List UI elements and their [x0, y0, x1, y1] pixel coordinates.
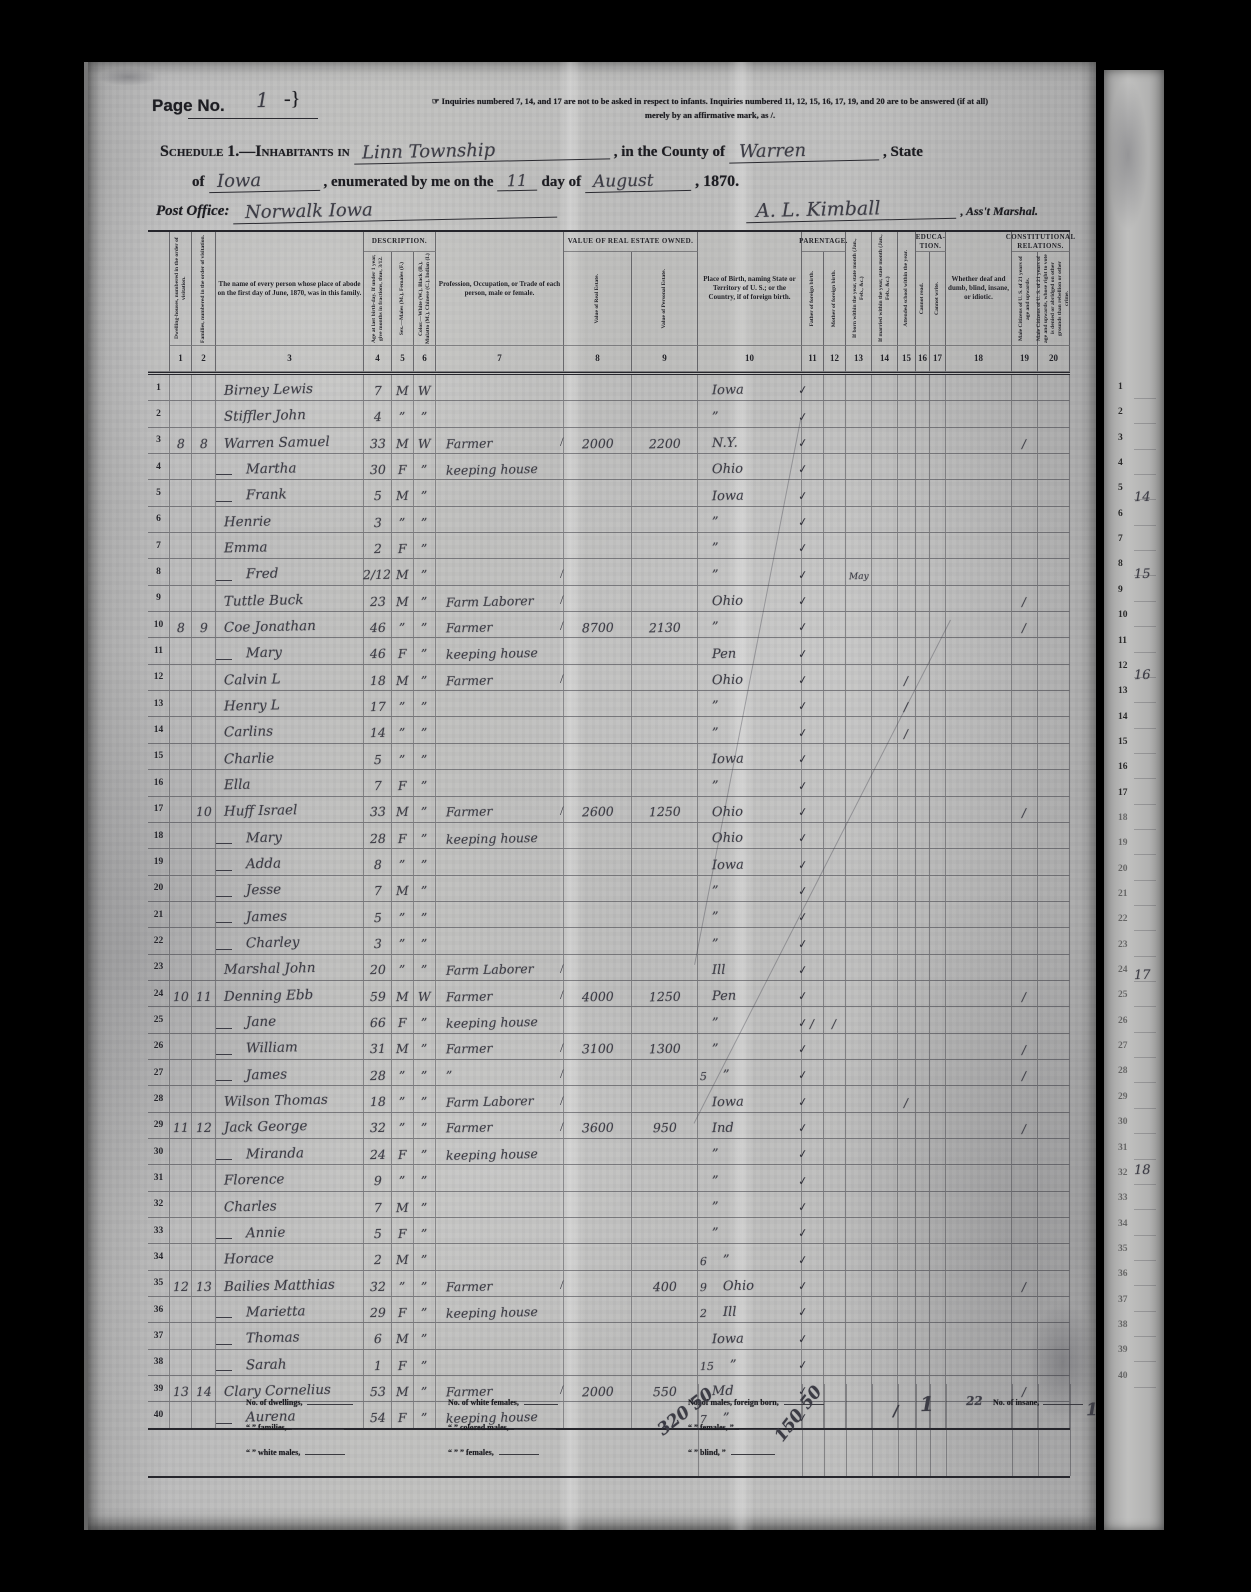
cell-real-estate	[564, 1323, 632, 1348]
cell-col15	[898, 612, 916, 637]
cell-birthplace: ”✓	[698, 401, 802, 426]
cell-family-number	[192, 1350, 216, 1375]
cell-col14	[872, 1350, 898, 1375]
cell-birthplace: Pen✓	[698, 638, 802, 663]
cell-name: Fred	[216, 559, 364, 584]
cell-col20	[1038, 665, 1070, 690]
strip-line-number: 29	[1118, 1092, 1128, 1102]
person-name: Jane	[238, 1016, 278, 1033]
cell-col16	[916, 1297, 930, 1322]
margin-number: 2	[698, 1308, 709, 1322]
cell-age: 23	[364, 586, 392, 611]
cell-col15	[898, 375, 916, 400]
color-value: ”	[419, 938, 430, 954]
cell-col20	[1038, 454, 1070, 479]
cell-name: Frank	[216, 480, 364, 505]
value-tick-mark: /	[560, 566, 564, 582]
cell-real-estate: /2600	[564, 797, 632, 822]
cell-age: 2/12	[364, 559, 392, 584]
cell-personal-estate: 1250	[632, 797, 698, 822]
cell-col18	[946, 1139, 1012, 1164]
table-row: 19Adda8””Iowa✓	[148, 849, 1070, 875]
cell-col19: /	[1012, 612, 1038, 637]
cell-birthplace: Iowa✓	[698, 1086, 802, 1111]
cell-col17	[930, 797, 946, 822]
cell-occupation: Farmer	[436, 981, 564, 1006]
family-number-value: 11	[193, 991, 213, 1007]
cell-col15	[898, 770, 916, 795]
cell-birthplace: ”✓	[698, 1139, 802, 1164]
cell-real-estate: /2000	[564, 428, 632, 453]
age-value: 20	[367, 964, 387, 980]
footer-blank-line	[731, 1446, 775, 1455]
cell-real-estate	[564, 1244, 632, 1269]
cell-name: Marshal John	[216, 955, 364, 980]
column-header-18: Whether deaf and dumb, blind, insane, or…	[946, 232, 1012, 346]
cell-col20	[1038, 375, 1070, 400]
person-name: Huff Israel	[216, 804, 300, 822]
cell-sex: F	[392, 533, 414, 558]
footer-label-text: “ ” white males,	[246, 1448, 300, 1457]
strip-rule	[1134, 1133, 1156, 1134]
cell-real-estate	[564, 1218, 632, 1243]
cell-name: Horace	[216, 1244, 364, 1269]
cell-color: ”	[414, 717, 436, 742]
cell-age: 29	[364, 1297, 392, 1322]
cell-occupation	[436, 1323, 564, 1348]
page-no-brace: -}	[284, 88, 300, 111]
cell-col19	[1012, 1244, 1038, 1269]
age-value: 2	[371, 543, 383, 559]
cell-real-estate	[564, 717, 632, 742]
real-estate-value: 2000	[579, 437, 615, 453]
cell-col14	[872, 665, 898, 690]
sex-value: ”	[397, 701, 408, 717]
strip-rule	[1134, 930, 1156, 931]
cell-col16	[916, 533, 930, 558]
cell-age: 18	[364, 1086, 392, 1111]
cell-color: ”	[414, 401, 436, 426]
sex-value: ”	[397, 1122, 408, 1138]
cell-personal-estate	[632, 533, 698, 558]
cell-col14	[872, 1113, 898, 1138]
cell-col12	[824, 428, 846, 453]
strip-line-number: 26	[1118, 1016, 1128, 1026]
birthplace-value: N.Y.	[698, 437, 740, 454]
cell-col14	[872, 507, 898, 532]
cell-personal-estate: 1250	[632, 981, 698, 1006]
sex-value: M	[394, 674, 411, 690]
sex-value: M	[394, 1333, 411, 1349]
row-line-number: 37	[148, 1323, 170, 1348]
dwelling-number-value: 10	[170, 991, 190, 1007]
cell-col18	[946, 428, 1012, 453]
cell-personal-estate	[632, 1192, 698, 1217]
margin-number: 5	[698, 1071, 709, 1085]
strip-rule	[1134, 1006, 1156, 1007]
cell-age: 59	[364, 981, 392, 1006]
footer-column-rule	[872, 1384, 873, 1476]
column-header-3: The name of every person whose place of …	[216, 232, 364, 346]
color-value: ”	[419, 464, 430, 480]
strip-line-number: 19	[1118, 838, 1128, 848]
cell-birthplace: 9Ohio✓	[698, 1271, 802, 1296]
cell-col12	[824, 1192, 846, 1217]
cell-dwelling-number	[170, 586, 192, 611]
cell-col19: /	[1012, 797, 1038, 822]
strip-rule	[1134, 626, 1156, 627]
cell-col17	[930, 401, 946, 426]
color-value: ”	[419, 727, 430, 743]
birthplace-value: ”	[698, 937, 721, 953]
cell-family-number: 9	[192, 612, 216, 637]
cell-sex: M	[392, 797, 414, 822]
cell-col12	[824, 717, 846, 742]
strip-rule	[1134, 1057, 1156, 1058]
strip-line-number: 16	[1118, 762, 1128, 772]
sex-value: ”	[397, 1175, 408, 1191]
cell-col19	[1012, 533, 1038, 558]
cell-col14	[872, 1218, 898, 1243]
table-row: 5Frank5M”Iowa✓	[148, 480, 1070, 506]
cell-color: ”	[414, 586, 436, 611]
cell-col20	[1038, 559, 1070, 584]
cell-col15	[898, 1034, 916, 1059]
cell-sex: ”	[392, 1165, 414, 1190]
cell-dwelling-number	[170, 375, 192, 400]
cell-personal-estate	[632, 1060, 698, 1085]
column-number-17: 17	[930, 346, 946, 372]
footer-label-text: No. of white females,	[448, 1398, 519, 1407]
cell-occupation	[436, 533, 564, 558]
color-value: ”	[419, 1175, 430, 1191]
cell-occupation	[436, 559, 564, 584]
cell-family-number	[192, 1007, 216, 1032]
cell-sex: ”	[392, 717, 414, 742]
person-name: Miranda	[238, 1147, 306, 1165]
tally-check-mark: ✓	[797, 831, 809, 847]
value-tick-mark: /	[560, 592, 564, 608]
cell-real-estate: /4000	[564, 981, 632, 1006]
cell-personal-estate	[632, 1297, 698, 1322]
column-number-4: 4	[364, 346, 392, 372]
color-value: ”	[419, 622, 430, 638]
page-no-underline	[188, 118, 318, 119]
cell-age: 5	[364, 480, 392, 505]
cell-col20	[1038, 1192, 1070, 1217]
row-line-number: 8	[148, 559, 170, 584]
cell-sex: F	[392, 1007, 414, 1032]
table-row: 1Birney Lewis7MWIowa✓	[148, 375, 1070, 401]
cell-col16	[916, 428, 930, 453]
column-header-11: Father of foreign birth.	[802, 252, 824, 346]
age-value: 18	[367, 674, 387, 690]
row-line-number: 25	[148, 1007, 170, 1032]
cell-col18	[946, 586, 1012, 611]
tally-check-mark: ✓	[797, 1094, 809, 1110]
cell-birthplace: ”✓	[698, 1218, 802, 1243]
cell-color: ”	[414, 612, 436, 637]
strip-line-number: 40	[1118, 1371, 1128, 1381]
cell-name: Denning Ebb	[216, 981, 364, 1006]
cell-col20	[1038, 1218, 1070, 1243]
cell-col16	[916, 1086, 930, 1111]
sex-value: M	[394, 1201, 411, 1217]
cell-col19	[1012, 665, 1038, 690]
strip-rule	[1134, 398, 1156, 399]
margin-number: 9	[698, 1282, 709, 1296]
cell-age: 2	[364, 533, 392, 558]
cell-name: Henrie	[216, 507, 364, 532]
table-row: 31Florence9”””✓	[148, 1165, 1070, 1191]
cell-col12	[824, 1271, 846, 1296]
cell-name: Stiffler John	[216, 401, 364, 426]
cell-birthplace: Ohio✓	[698, 823, 802, 848]
strip-line-number: 23	[1118, 940, 1128, 950]
cell-col19	[1012, 744, 1038, 769]
cell-color: ”	[414, 1297, 436, 1322]
mark-col11: /	[808, 1018, 816, 1033]
cell-col17	[930, 1271, 946, 1296]
cell-sex: ”	[392, 691, 414, 716]
cell-age: 6	[364, 1323, 392, 1348]
cell-col18	[946, 902, 1012, 927]
color-value: ”	[419, 1228, 430, 1244]
strip-rule	[1134, 702, 1156, 703]
cell-dwelling-number	[170, 480, 192, 505]
dwelling-number-value: 11	[170, 1122, 190, 1138]
cell-col13	[846, 480, 872, 505]
tally-check-mark: ✓	[797, 593, 809, 609]
sex-value: ”	[397, 964, 408, 980]
person-name: Birney Lewis	[216, 383, 315, 402]
age-value: 46	[367, 622, 387, 638]
sex-value: ”	[397, 411, 408, 427]
column-number-8: 8	[564, 346, 632, 372]
cell-color: ”	[414, 1244, 436, 1269]
table-header: DESCRIPTION.VALUE OF REAL ESTATE OWNED.P…	[148, 230, 1070, 375]
cell-col13	[846, 586, 872, 611]
occupation-value: Farmer	[436, 437, 495, 454]
cell-col16	[916, 454, 930, 479]
cell-col15	[898, 1060, 916, 1085]
strip-handwritten-number: 15	[1134, 567, 1151, 582]
cell-col20	[1038, 1297, 1070, 1322]
cell-name: Florence	[216, 1165, 364, 1190]
column-header-label-4: Age at last birth-day. If under 1 year, …	[371, 253, 385, 344]
cell-real-estate: /3100	[564, 1034, 632, 1059]
cell-col18	[946, 849, 1012, 874]
sex-value: M	[394, 490, 411, 506]
personal-estate-value: 1250	[646, 806, 682, 822]
cell-col17	[930, 1086, 946, 1111]
cell-col17	[930, 1244, 946, 1269]
cell-age: 31	[364, 1034, 392, 1059]
footer-blank-line	[305, 1446, 345, 1455]
mark-col19: /	[1020, 1070, 1028, 1085]
row-line-number: 20	[148, 876, 170, 901]
cell-name: Mary	[216, 823, 364, 848]
cell-col15: /	[898, 717, 916, 742]
cell-color: ”	[414, 1060, 436, 1085]
strip-line-number: 10	[1118, 610, 1128, 620]
cell-sex: M	[392, 586, 414, 611]
tally-check-mark: ✓	[797, 989, 809, 1005]
cell-name: Martha	[216, 454, 364, 479]
personal-estate-value: 950	[650, 1122, 678, 1138]
tally-check-mark: ✓	[797, 1015, 809, 1031]
occupation-value: keeping house	[436, 1306, 540, 1324]
cell-col17	[930, 1350, 946, 1375]
strip-handwritten-number: 14	[1134, 490, 1151, 505]
sex-value: ”	[397, 1280, 408, 1296]
strip-line-number: 36	[1118, 1269, 1128, 1279]
cell-col15	[898, 401, 916, 426]
cell-family-number	[192, 928, 216, 953]
cell-col14	[872, 1192, 898, 1217]
cell-color: ”	[414, 770, 436, 795]
cell-sex: M	[392, 1244, 414, 1269]
birthplace-value: Ohio	[698, 674, 745, 691]
cell-col17	[930, 849, 946, 874]
person-name: Tuttle Buck	[216, 594, 306, 612]
cell-family-number: 12	[192, 1113, 216, 1138]
cell-family-number: 8	[192, 428, 216, 453]
cell-personal-estate	[632, 744, 698, 769]
row-line-number: 31	[148, 1165, 170, 1190]
row-line-number: 33	[148, 1218, 170, 1243]
strip-rule	[1134, 804, 1156, 805]
strip-line-number: 33	[1118, 1193, 1128, 1203]
table-row: 388Warren Samuel33MWFarmer/20002200N.Y.✓…	[148, 428, 1070, 454]
color-value: ”	[419, 1280, 430, 1296]
cell-col17	[930, 1139, 946, 1164]
cell-col19	[1012, 480, 1038, 505]
cell-sex: M	[392, 876, 414, 901]
cell-real-estate: /	[564, 559, 632, 584]
column-group-4: EDUCA- TION.	[916, 232, 946, 252]
strip-rule	[1134, 1235, 1156, 1236]
cell-col14	[872, 1244, 898, 1269]
cell-real-estate	[564, 480, 632, 505]
value-tick-mark: /	[560, 961, 564, 977]
cell-col18	[946, 1086, 1012, 1111]
cell-personal-estate	[632, 823, 698, 848]
cell-dwelling-number	[170, 1323, 192, 1348]
cell-color: ”	[414, 533, 436, 558]
cell-col20	[1038, 1139, 1070, 1164]
table-row: 2Stiffler John4”””✓	[148, 401, 1070, 427]
cell-col12	[824, 1297, 846, 1322]
age-value: 6	[371, 1333, 383, 1349]
cell-col13	[846, 1034, 872, 1059]
column-header-1: Dwelling-houses, numbered in the order o…	[170, 232, 192, 346]
cell-col18	[946, 1060, 1012, 1085]
cell-age: 17	[364, 691, 392, 716]
ditto-dash	[216, 1159, 232, 1160]
cell-birthplace: ”✓	[698, 770, 802, 795]
cell-col17	[930, 1007, 946, 1032]
column-header-4: Age at last birth-day. If under 1 year, …	[364, 252, 392, 346]
cell-personal-estate	[632, 928, 698, 953]
color-value: ”	[419, 1149, 430, 1165]
row-line-number: 36	[148, 1297, 170, 1322]
tally-check-mark: ✓	[797, 646, 809, 662]
cell-personal-estate: 400	[632, 1271, 698, 1296]
tally-check-mark: ✓	[797, 1384, 809, 1400]
cell-name: Mary	[216, 638, 364, 663]
cell-col15: /	[898, 1086, 916, 1111]
cell-occupation: keeping house	[436, 638, 564, 663]
cell-name: James	[216, 1060, 364, 1085]
footer-column-rule	[898, 1384, 899, 1476]
personal-estate-value: 2130	[646, 622, 682, 638]
person-name: James	[238, 910, 290, 928]
cell-col20	[1038, 1165, 1070, 1190]
cell-col14	[872, 1086, 898, 1111]
real-estate-value: 4000	[579, 990, 615, 1006]
column-header-label-10: Place of Birth, naming State or Territor…	[699, 275, 800, 301]
instructions-line2: merely by an affirmative mark, as /.	[336, 110, 1084, 121]
strip-rule	[1134, 1285, 1156, 1286]
cell-col20	[1038, 1244, 1070, 1269]
row-line-number: 16	[148, 770, 170, 795]
tally-check-mark: ✓	[797, 699, 809, 715]
table-row: 7Emma2F””✓	[148, 533, 1070, 559]
ditto-dash	[216, 843, 232, 844]
cell-birthplace: ”✓	[698, 1192, 802, 1217]
cell-col15	[898, 638, 916, 663]
cell-sex: ”	[392, 902, 414, 927]
age-value: 7	[371, 385, 383, 401]
strip-line-number: 27	[1118, 1041, 1128, 1051]
sex-value: ”	[397, 938, 408, 954]
cell-occupation	[436, 691, 564, 716]
cell-col20	[1038, 797, 1070, 822]
mark-col19: /	[1020, 1281, 1028, 1296]
column-group-2: VALUE OF REAL ESTATE OWNED.	[564, 232, 698, 252]
cell-col16	[916, 981, 930, 1006]
cell-col13	[846, 876, 872, 901]
cell-col20	[1038, 928, 1070, 953]
cell-age: 32	[364, 1271, 392, 1296]
strip-rule	[1134, 905, 1156, 906]
cell-color: W	[414, 428, 436, 453]
cell-col16	[916, 665, 930, 690]
footer-label: “ ” white males,	[246, 1446, 345, 1457]
cell-col18	[946, 1192, 1012, 1217]
real-estate-value: 8700	[579, 622, 615, 638]
cell-age: 2	[364, 1244, 392, 1269]
cell-name: Jesse	[216, 876, 364, 901]
age-value: 32	[367, 1280, 387, 1296]
tally-check-mark: ✓	[797, 752, 809, 768]
cell-col18	[946, 1218, 1012, 1243]
cell-col16	[916, 717, 930, 742]
mark-col12: /	[830, 1018, 838, 1033]
column-group-1: DESCRIPTION.	[364, 232, 436, 252]
column-number-14: 14	[872, 346, 898, 372]
cell-col16	[916, 586, 930, 611]
column-header-label-12: Mother of foreign birth.	[831, 270, 838, 327]
cell-personal-estate	[632, 691, 698, 716]
sex-value: F	[396, 780, 409, 796]
cell-col14	[872, 1165, 898, 1190]
cell-occupation: Farmer	[436, 797, 564, 822]
cell-col12	[824, 1113, 846, 1138]
column-number-6: 6	[414, 346, 436, 372]
column-number-12: 12	[824, 346, 846, 372]
